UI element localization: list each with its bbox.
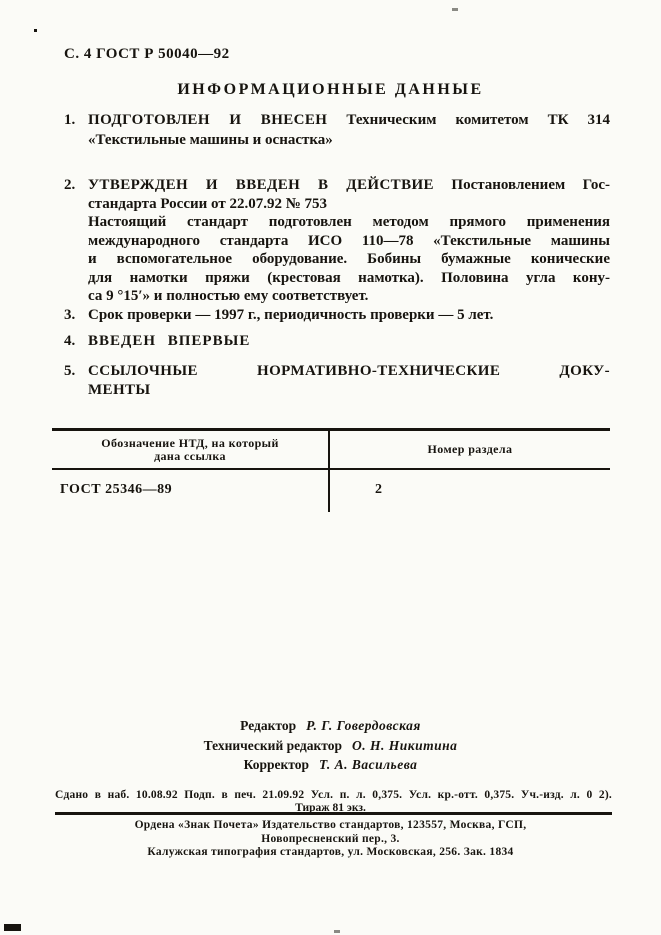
item-5-number: 5. [64,362,75,381]
scan-speck [34,29,37,32]
editor-line: РедакторР. Г. Говердовская [0,716,661,736]
item-3-text: Срок проверки — 1997 г., периодичность п… [88,306,610,325]
table-cell-section: 2 [330,470,610,512]
item-5-word-2: НОРМАТИВНО-ТЕХНИЧЕСКИЕ [257,362,500,381]
corrector-name: Т. А. Васильева [319,757,417,772]
editor-name: Р. Г. Говердовская [306,718,421,733]
tech-editor-label: Технический редактор [204,738,342,753]
corrector-line: КорректорТ. А. Васильева [0,755,661,775]
publisher-block: Ордена «Знак Почета» Издательство станда… [0,819,661,860]
item-3-number: 3. [64,306,75,325]
editors-block: РедакторР. Г. Говердовская Технический р… [0,716,661,775]
colophon-line-1: Сдано в наб. 10.08.92 Подп. в печ. 21.09… [55,789,612,801]
item-5-line-2: МЕНТЫ [88,381,610,400]
item-1-line-1: ПОДГОТОВЛЕН И ВНЕСЕН Техническим комитет… [88,110,610,130]
corrector-label: Корректор [244,757,309,772]
item-2-paragraph: Настоящий стандарт подготовлен методом п… [88,213,610,306]
item-2-rest: Постановлением Гос- [451,177,610,193]
paragraph-line: международного стандарта ИСО 110—78 «Тек… [88,232,610,251]
item-1-rest: Техническим комитетом ТК 314 [346,112,610,128]
item-4-text: ВВЕДЕН ВПЕРВЫЕ [88,332,610,351]
table-header-row: Обозначение НТД, на который дана ссылка … [52,431,610,470]
publisher-line-3: Калужская типография стандартов, ул. Мос… [0,846,661,860]
publisher-line-1: Ордена «Знак Почета» Издательство станда… [0,819,661,833]
item-1: 1. ПОДГОТОВЛЕН И ВНЕСЕН Техническим коми… [52,110,610,150]
item-5: 5. ССЫЛОЧНЫЕ НОРМАТИВНО-ТЕХНИЧЕСКИЕ ДОКУ… [52,362,610,400]
item-5-line-1: ССЫЛОЧНЫЕ НОРМАТИВНО-ТЕХНИЧЕСКИЕ ДОКУ- [88,362,610,381]
item-2-heading: УТВЕРЖДЕН И ВВЕДЕН В ДЕЙСТВИЕ [88,177,434,193]
scan-speck [334,930,340,933]
table-cell-ntd: ГОСТ 25346—89 [52,470,330,512]
item-1-line-2: «Текстильные машины и оснастка» [88,130,610,150]
running-header: С. 4 ГОСТ Р 50040—92 [64,46,230,63]
scan-speck [4,924,21,931]
table-header-ntd-line-2: дана ссылка [154,450,226,463]
table-header-section-label: Номер раздела [428,443,513,456]
table-header-ntd: Обозначение НТД, на который дана ссылка [52,431,330,468]
paragraph-line: и вспомогательное оборудование. Бобины б… [88,250,610,269]
table-header-section: Номер раздела [330,431,610,468]
item-2-line-1: УТВЕРЖДЕН И ВВЕДЕН В ДЕЙСТВИЕ Постановле… [88,176,610,195]
scan-speck [452,8,458,11]
item-3: 3. Срок проверки — 1997 г., периодичност… [52,306,610,325]
paragraph-line: Настоящий стандарт подготовлен методом п… [88,213,610,232]
item-4-number: 4. [64,332,75,351]
paragraph-line: для намотки пряжи (крестовая намотка). П… [88,269,610,288]
colophon-divider [55,812,612,815]
item-4: 4. ВВЕДЕН ВПЕРВЫЕ [52,332,610,351]
paragraph-line: са 9 °15′» и полностью ему соответствует… [88,287,610,306]
item-5-word-3: ДОКУ- [559,362,610,381]
reference-table: Обозначение НТД, на который дана ссылка … [52,428,610,512]
tech-editor-line: Технический редакторО. Н. Никитина [0,736,661,756]
table-header-ntd-line-1: Обозначение НТД, на который [101,437,279,450]
document-page: С. 4 ГОСТ Р 50040—92 ИНФОРМАЦИОННЫЕ ДАНН… [0,0,661,935]
editor-label: Редактор [240,718,296,733]
page-title: ИНФОРМАЦИОННЫЕ ДАННЫЕ [0,81,661,99]
item-2: 2. УТВЕРЖДЕН И ВВЕДЕН В ДЕЙСТВИЕ Постано… [52,176,610,306]
item-1-number: 1. [64,110,75,130]
tech-editor-name: О. Н. Никитина [352,738,457,753]
item-2-number: 2. [64,176,75,195]
item-1-heading: ПОДГОТОВЛЕН И ВНЕСЕН [88,112,327,128]
item-2-line-2: стандарта России от 22.07.92 № 753 [88,195,610,214]
publisher-line-2: Новопресненский пер., 3. [0,833,661,847]
item-5-word-1: ССЫЛОЧНЫЕ [88,362,198,381]
table-row: ГОСТ 25346—89 2 [52,470,610,512]
